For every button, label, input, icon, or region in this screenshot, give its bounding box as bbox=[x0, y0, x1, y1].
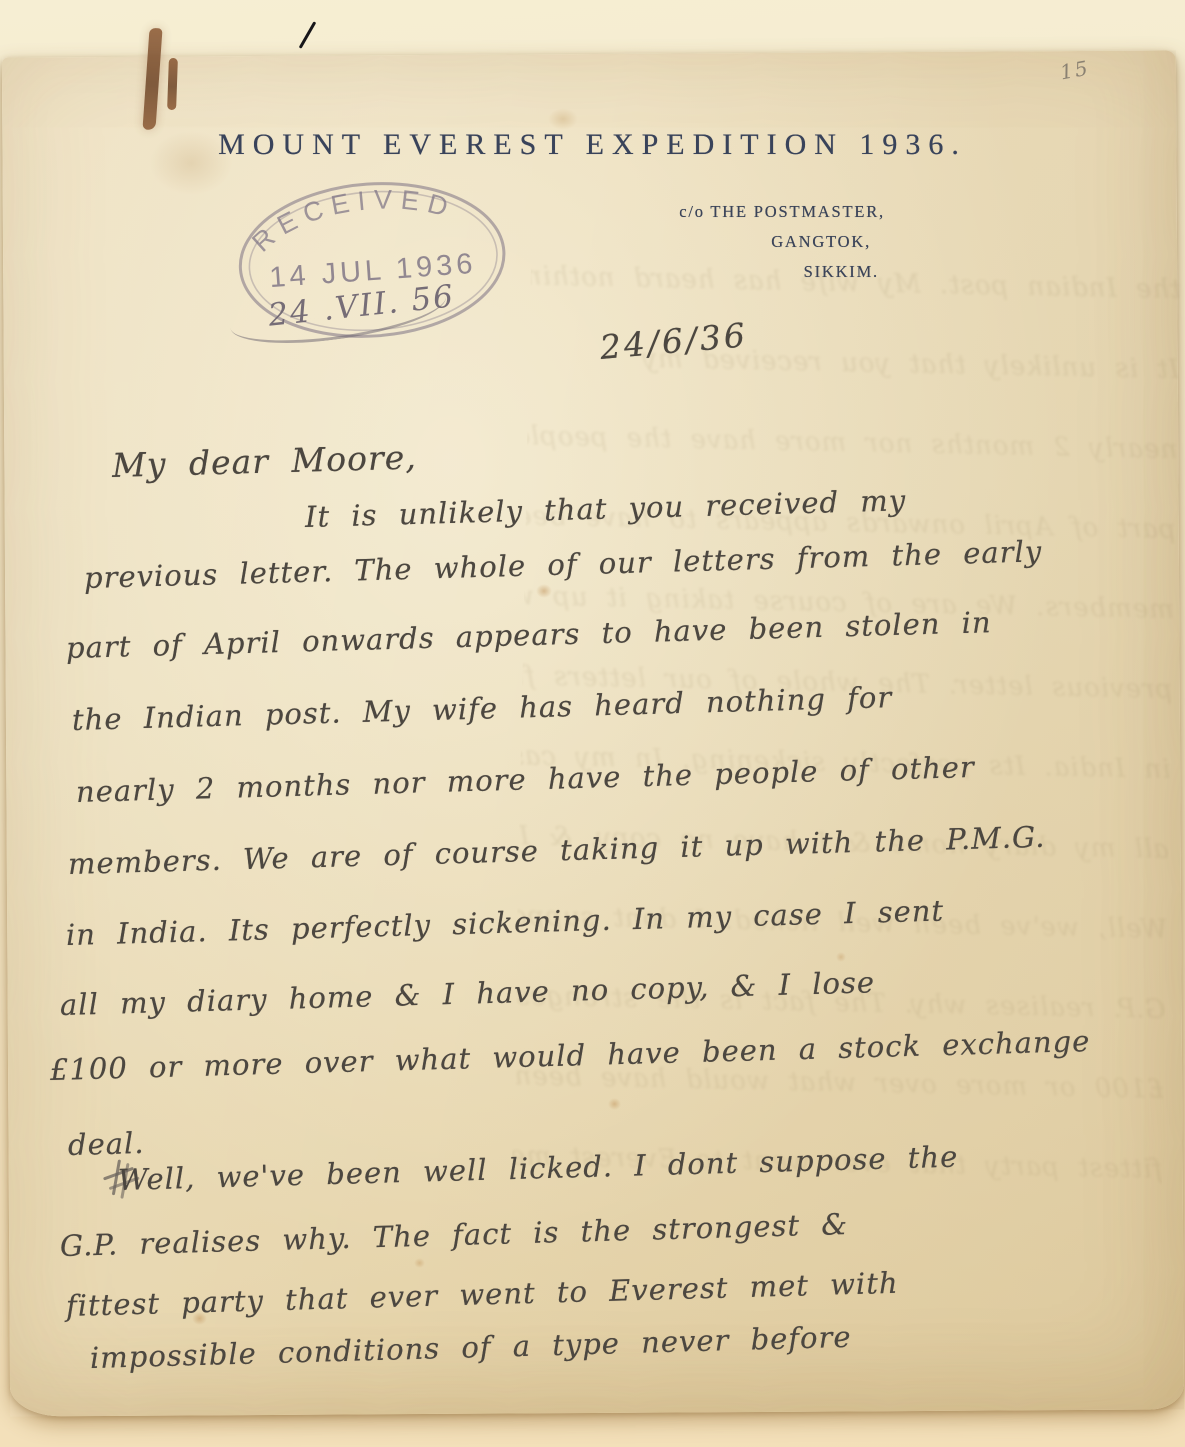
address-line-sikkim: SIKKIM. bbox=[655, 257, 879, 287]
pen-slash-mark bbox=[299, 21, 317, 48]
handwriting-line: deal. bbox=[68, 1126, 145, 1162]
address-line-postmaster: c/o THE POSTMASTER, bbox=[655, 197, 885, 227]
rust-mark bbox=[167, 58, 178, 110]
letterhead-address-block: c/o THE POSTMASTER, GANGTOK, SIKKIM. bbox=[655, 197, 885, 287]
page-number-pencil: 15 bbox=[1058, 56, 1091, 85]
svg-text:RECEIVED: RECEIVED bbox=[243, 179, 462, 259]
letterhead-title: MOUNT EVEREST EXPEDITION 1936. bbox=[218, 128, 967, 162]
address-line-gangtok: GANGTOK, bbox=[655, 227, 871, 257]
stamp-arc-text: RECEIVED bbox=[243, 179, 462, 259]
